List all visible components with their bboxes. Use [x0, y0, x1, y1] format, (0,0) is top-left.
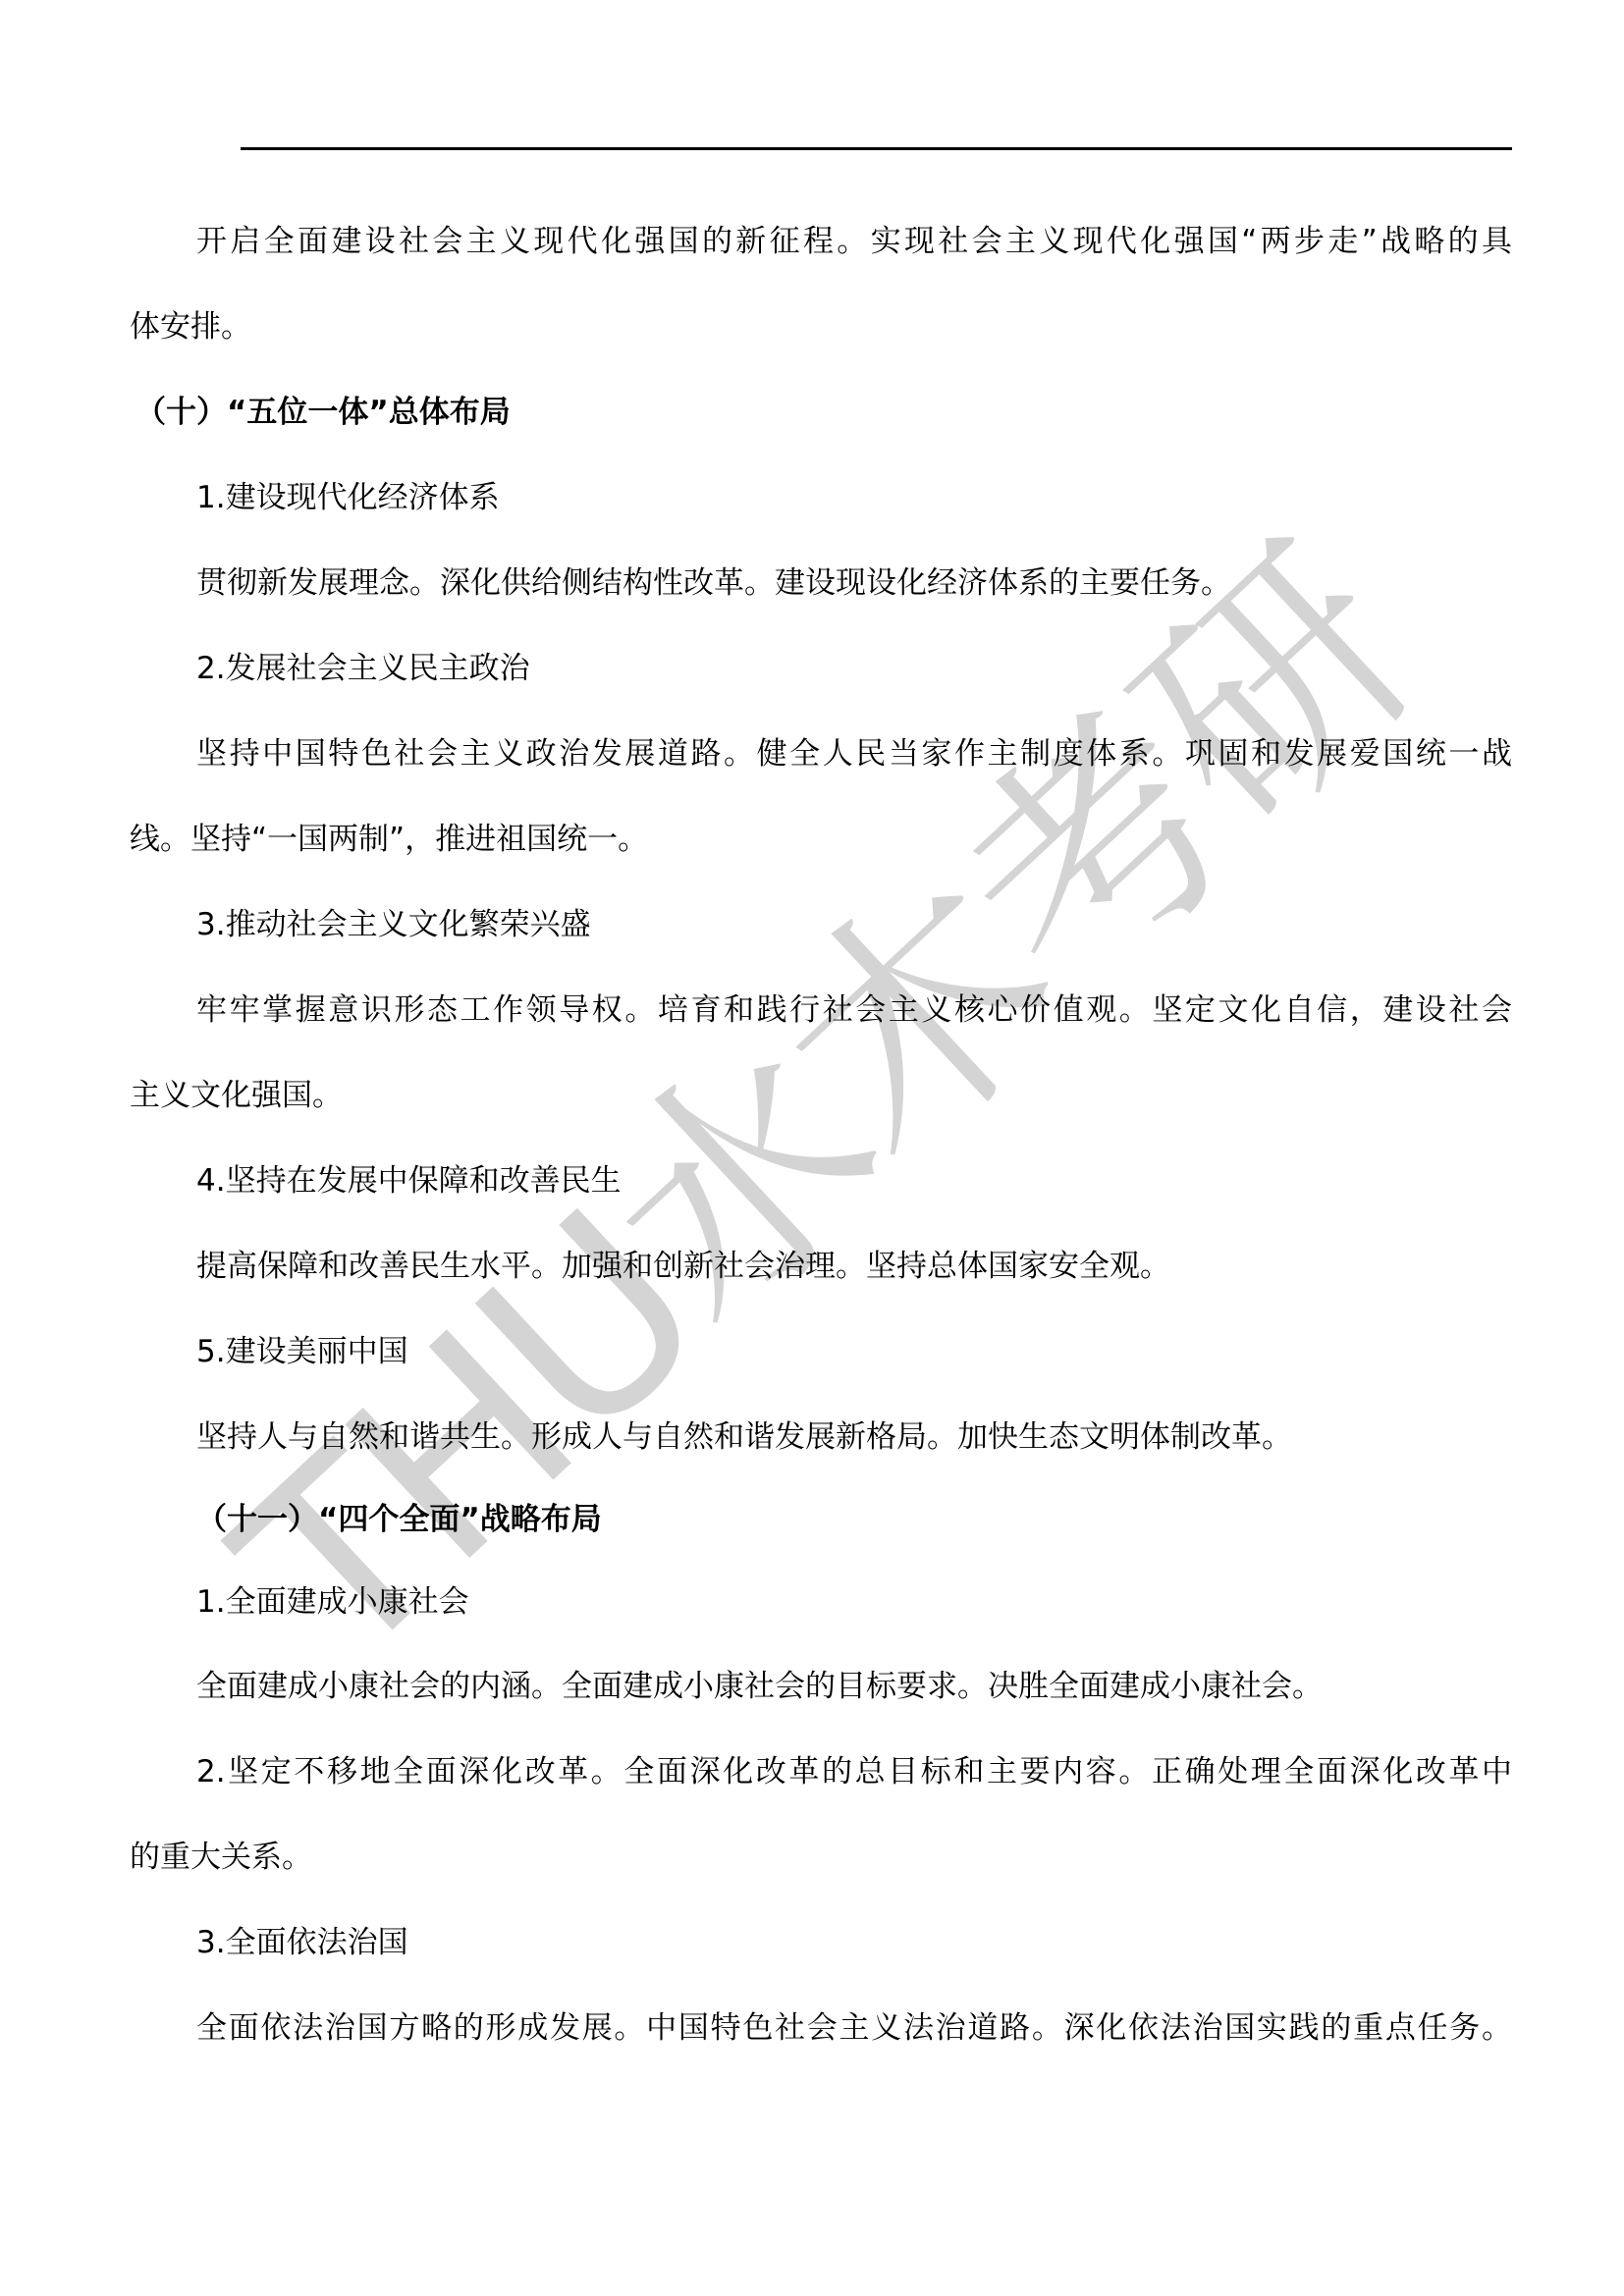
paragraph-line: 提高保障和改善民生水平。加强和创新社会治理。坚持总体国家安全观。 — [130, 1247, 1512, 1286]
section-heading-10: （十）“五位一体”总体布局 — [135, 393, 1518, 432]
paragraph-line: 坚持人与自然和谐共生。形成人与自然和谐发展新格局。加快生态文明体制改革。 — [130, 1417, 1512, 1457]
paragraph-line: 牢牢掌握意识形态工作领导权。培育和践行社会主义核心价值观。坚定文化自信，建设社会 — [130, 990, 1512, 1030]
subsection-heading: 1.建设现代化经济体系 — [130, 478, 1512, 517]
subsection-heading: 1.全面建成小康社会 — [130, 1582, 1512, 1622]
paragraph-line: 全面依法治国方略的形成发展。中国特色社会主义法治道路。深化依法治国实践的重点任务… — [130, 2008, 1512, 2048]
paragraph-line: 全面建成小康社会的内涵。全面建成小康社会的目标要求。决胜全面建成小康社会。 — [130, 1667, 1512, 1706]
paragraph-line: 贯彻新发展理念。深化供给侧结构性改革。建设现设化经济体系的主要任务。 — [130, 563, 1512, 603]
subsection-heading: 4.坚持在发展中保障和改善民生 — [130, 1161, 1512, 1201]
paragraph-line: 的重大关系。 — [130, 1838, 1512, 1877]
paragraph-line: 线。坚持“一国两制”，推进祖国统一。 — [130, 820, 1512, 859]
paragraph-line: 体安排。 — [130, 307, 1512, 347]
header-rule — [241, 147, 1512, 150]
subsection-heading: 2.发展社会主义民主政治 — [130, 649, 1512, 688]
subsection-heading: 3.推动社会主义文化繁荣兴盛 — [130, 905, 1512, 944]
paragraph-line: 开启全面建设社会主义现代化强国的新征程。实现社会主义现代化强国“两步走”战略的具 — [130, 222, 1512, 261]
subsection-heading: 5.建设美丽中国 — [130, 1332, 1512, 1371]
paragraph-line: 2.坚定不移地全面深化改革。全面深化改革的总目标和主要内容。正确处理全面深化改革… — [130, 1752, 1512, 1791]
section-heading-11: （十一）“四个全面”战略布局 — [130, 1500, 1512, 1539]
subsection-heading: 3.全面依法治国 — [130, 1923, 1512, 1962]
paragraph-line: 主义文化强国。 — [130, 1076, 1512, 1115]
paragraph-line: 坚持中国特色社会主义政治发展道路。健全人民当家作主制度体系。巩固和发展爱国统一战 — [130, 734, 1512, 774]
document-page: THU水木考研 开启全面建设社会主义现代化强国的新征程。实现社会主义现代化强国“… — [0, 0, 1624, 2296]
